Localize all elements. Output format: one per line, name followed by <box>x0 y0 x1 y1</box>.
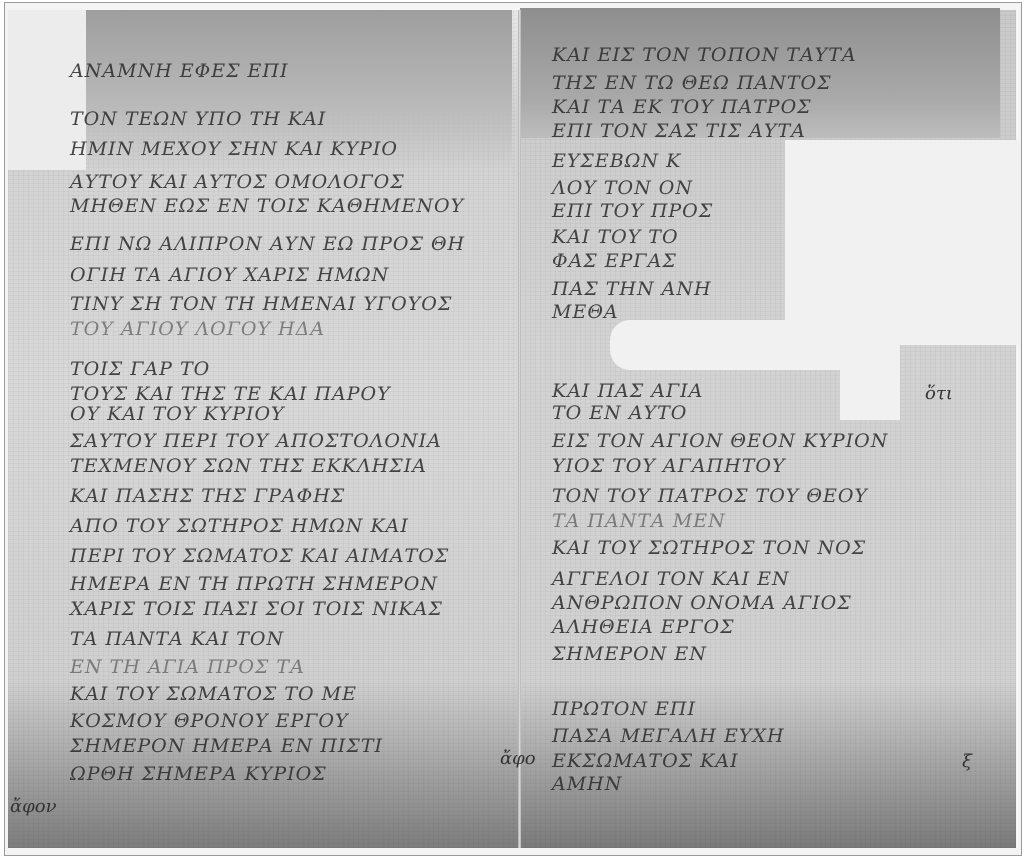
manuscript-line: ΛΟΥ ΤΟΝ ΟΝ <box>552 177 693 199</box>
manuscript-line: ΑΛΗΘΕΙΑ ΕΡΓΟΣ <box>552 616 735 638</box>
manuscript-line: ΗΜΕΡΑ ΕΝ ΤΗ ΠΡΩΤΗ ΣΗΜΕΡΟΝ <box>70 573 438 595</box>
manuscript-line: ΕΠΙ ΤΟΥ ΠΡΟΣ <box>552 200 713 222</box>
manuscript-line: ΠΕΡΙ ΤΟΥ ΣΩΜΑΤΟΣ ΚΑΙ ΑΙΜΑΤΟΣ <box>70 545 449 567</box>
manuscript-line: ΚΑΙ ΠΑΣΗΣ ΤΗΣ ΓΡΑΦΗΣ <box>70 485 345 507</box>
manuscript-line: ΑΥΤΟΥ ΚΑΙ ΑΥΤΟΣ ΟΜΟΛΟΓΟΣ <box>70 171 405 193</box>
manuscript-line: ΑΝΘΡΩΠΟΝ ΟΝΟΜΑ ΑΓΙΟΣ <box>552 592 852 614</box>
manuscript-line: ΤΟΥ ΑΓΙΟΥ ΛΟΓΟΥ ΗΔΑ <box>70 318 325 340</box>
manuscript-line: ΜΕΘΑ <box>552 301 619 323</box>
manuscript-line: ΕΙΣ ΤΟΝ ΑΓΙΟΝ ΘΕΟΝ ΚΥΡΙΟΝ <box>552 430 888 452</box>
manuscript-line: ΕΠΙ ΤΟΝ ΣΑΣ ΤΙΣ ΑΥΤΑ <box>552 120 806 142</box>
manuscript-line: ΑΠΟ ΤΟΥ ΣΩΤΗΡΟΣ ΗΜΩΝ ΚΑΙ <box>70 515 409 537</box>
manuscript-line: ΧΑΡΙΣ ΤΟΙΣ ΠΑΣΙ ΣΟΙ ΤΟΙΣ ΝΙΚΑΣ <box>70 598 443 620</box>
manuscript-line: ΠΡΩΤΟΝ ΕΠΙ <box>552 698 696 720</box>
manuscript-line: ΤΑ ΠΑΝΤΑ ΜΕΝ <box>552 510 726 532</box>
manuscript-line: ΚΑΙ ΤΑ ΕΚ ΤΟΥ ΠΑΤΡΟΣ <box>552 96 812 118</box>
manuscript-line: ΚΑΙ ΤΟΥ ΣΩΤΗΡΟΣ ΤΟΝ ΝΟΣ <box>552 537 866 559</box>
manuscript-line: ΤΟΙΣ ΓΑΡ ΤΟ <box>70 358 210 380</box>
manuscript-line: ΠΑΣ ΤΗΝ ΑΝΗ <box>552 278 712 300</box>
marginal-note: ξ <box>962 751 972 772</box>
manuscript-line: ΚΟΣΜΟΥ ΘΡΟΝΟΥ ΕΡΓΟΥ <box>70 710 349 732</box>
manuscript-line: ΦΑΣ ΕΡΓΑΣ <box>552 250 677 272</box>
marginal-note: ὅτι <box>925 383 953 404</box>
manuscript-line: ΣΑΥΤΟΥ ΠΕΡΙ ΤΟΥ ΑΠΟΣΤΟΛΟΝΙΑ <box>70 430 442 452</box>
manuscript-line: ΚΑΙ ΠΑΣ ΑΓΙΑ <box>552 380 703 402</box>
manuscript-line: ΤΟΝ ΤΟΥ ΠΑΤΡΟΣ ΤΟΥ ΘΕΟΥ <box>552 485 868 507</box>
manuscript-line: ΤΟΥΣ ΚΑΙ ΤΗΣ ΤΕ ΚΑΙ ΠΑΡΟΥ <box>70 383 391 405</box>
manuscript-line: ΤΕΧΜΕΝΟΥ ΣΩΝ ΤΗΣ ΕΚΚΛΗΣΙΑ <box>70 455 427 477</box>
manuscript-line: ΤΑ ΠΑΝΤΑ ΚΑΙ ΤΟΝ <box>70 628 284 650</box>
manuscript-line: ΕΥΣΕΒΩΝ Κ <box>552 150 681 172</box>
manuscript-line: ΠΑΣΑ ΜΕΓΑΛΗ ΕΥΧΗ <box>552 725 785 747</box>
manuscript-line: ΑΝΑΜΝΗ ΕΦΕΣ ΕΠΙ <box>70 60 289 82</box>
manuscript-line: ΤΙΝΥ ΣΗ ΤΟΝ ΤΗ ΗΜΕΝΑΙ ΥΓΟΥΟΣ <box>70 293 452 315</box>
manuscript-line: ΑΓΓΕΛΟΙ ΤΟΝ ΚΑΙ ΕΝ <box>552 568 790 590</box>
manuscript-line: ΑΜΗΝ <box>552 773 622 795</box>
manuscript-line: ΣΗΜΕΡΟΝ ΗΜΕΡΑ ΕΝ ΠΙΣΤΙ <box>70 735 383 757</box>
manuscript-line: ΕΠΙ ΝΩ ΑΛΙΠΡΟΝ ΑΥΝ ΕΩ ΠΡΟΣ ΘΗ <box>70 233 465 255</box>
manuscript-line: ΕΝ ΤΗ ΑΓΙΑ ΠΡΟΣ ΤΑ <box>70 656 305 678</box>
column-gutter <box>518 10 521 848</box>
manuscript-line: ΤΗΣ ΕΝ ΤΩ ΘΕΩ ΠΑΝΤΟΣ <box>552 72 832 94</box>
manuscript-line: ΗΜΙΝ ΜΕΧΟΥ ΣΗΝ ΚΑΙ ΚΥΡΙΟ <box>70 138 398 160</box>
manuscript-line: ΕΚΣΩΜΑΤΟΣ ΚΑΙ <box>552 750 739 772</box>
manuscript-line: ΩΡΘΗ ΣΗΜΕΡΑ ΚΥΡΙΟΣ <box>70 763 327 785</box>
text-column-left: ΑΝΑΜΝΗ ΕΦΕΣ ΕΠΙΤΟΝ ΤΕΩΝ ΥΠΟ ΤΗ ΚΑΙΗΜΙΝ Μ… <box>60 0 515 860</box>
manuscript-line: ΟΓΙΗ ΤΑ ΑΓΙΟΥ ΧΑΡΙΣ ΗΜΩΝ <box>70 264 389 286</box>
manuscript-line: ΥΙΟΣ ΤΟΥ ΑΓΑΠΗΤΟΥ <box>552 455 786 477</box>
manuscript-line: ΚΑΙ ΤΟΥ ΤΟ <box>552 226 679 248</box>
manuscript-line: ΚΑΙ ΕΙΣ ΤΟΝ ΤΟΠΟΝ ΤΑΥΤΑ <box>552 44 857 66</box>
manuscript-line: ΤΟ ΕΝ ΑΥΤΟ <box>552 402 687 424</box>
manuscript-line: ΜΗΘΕΝ ΕΩΣ ΕΝ ΤΟΙΣ ΚΑΘΗΜΕΝΟΥ <box>70 195 464 217</box>
manuscript-line: ΟΥ ΚΑΙ ΤΟΥ ΚΥΡΙΟΥ <box>70 403 285 425</box>
manuscript-line: ΣΗΜΕΡΟΝ ΕΝ <box>552 643 707 665</box>
manuscript-line: ΚΑΙ ΤΟΥ ΣΩΜΑΤΟΣ ΤΟ ΜΕ <box>70 683 357 705</box>
text-column-right: ΚΑΙ ΕΙΣ ΤΟΝ ΤΟΠΟΝ ΤΑΥΤΑΤΗΣ ΕΝ ΤΩ ΘΕΩ ΠΑΝ… <box>552 0 1012 860</box>
marginal-note: ἄφον <box>10 796 57 817</box>
marginal-note: ἄφο <box>500 748 536 769</box>
manuscript-line: ΤΟΝ ΤΕΩΝ ΥΠΟ ΤΗ ΚΑΙ <box>70 108 326 130</box>
